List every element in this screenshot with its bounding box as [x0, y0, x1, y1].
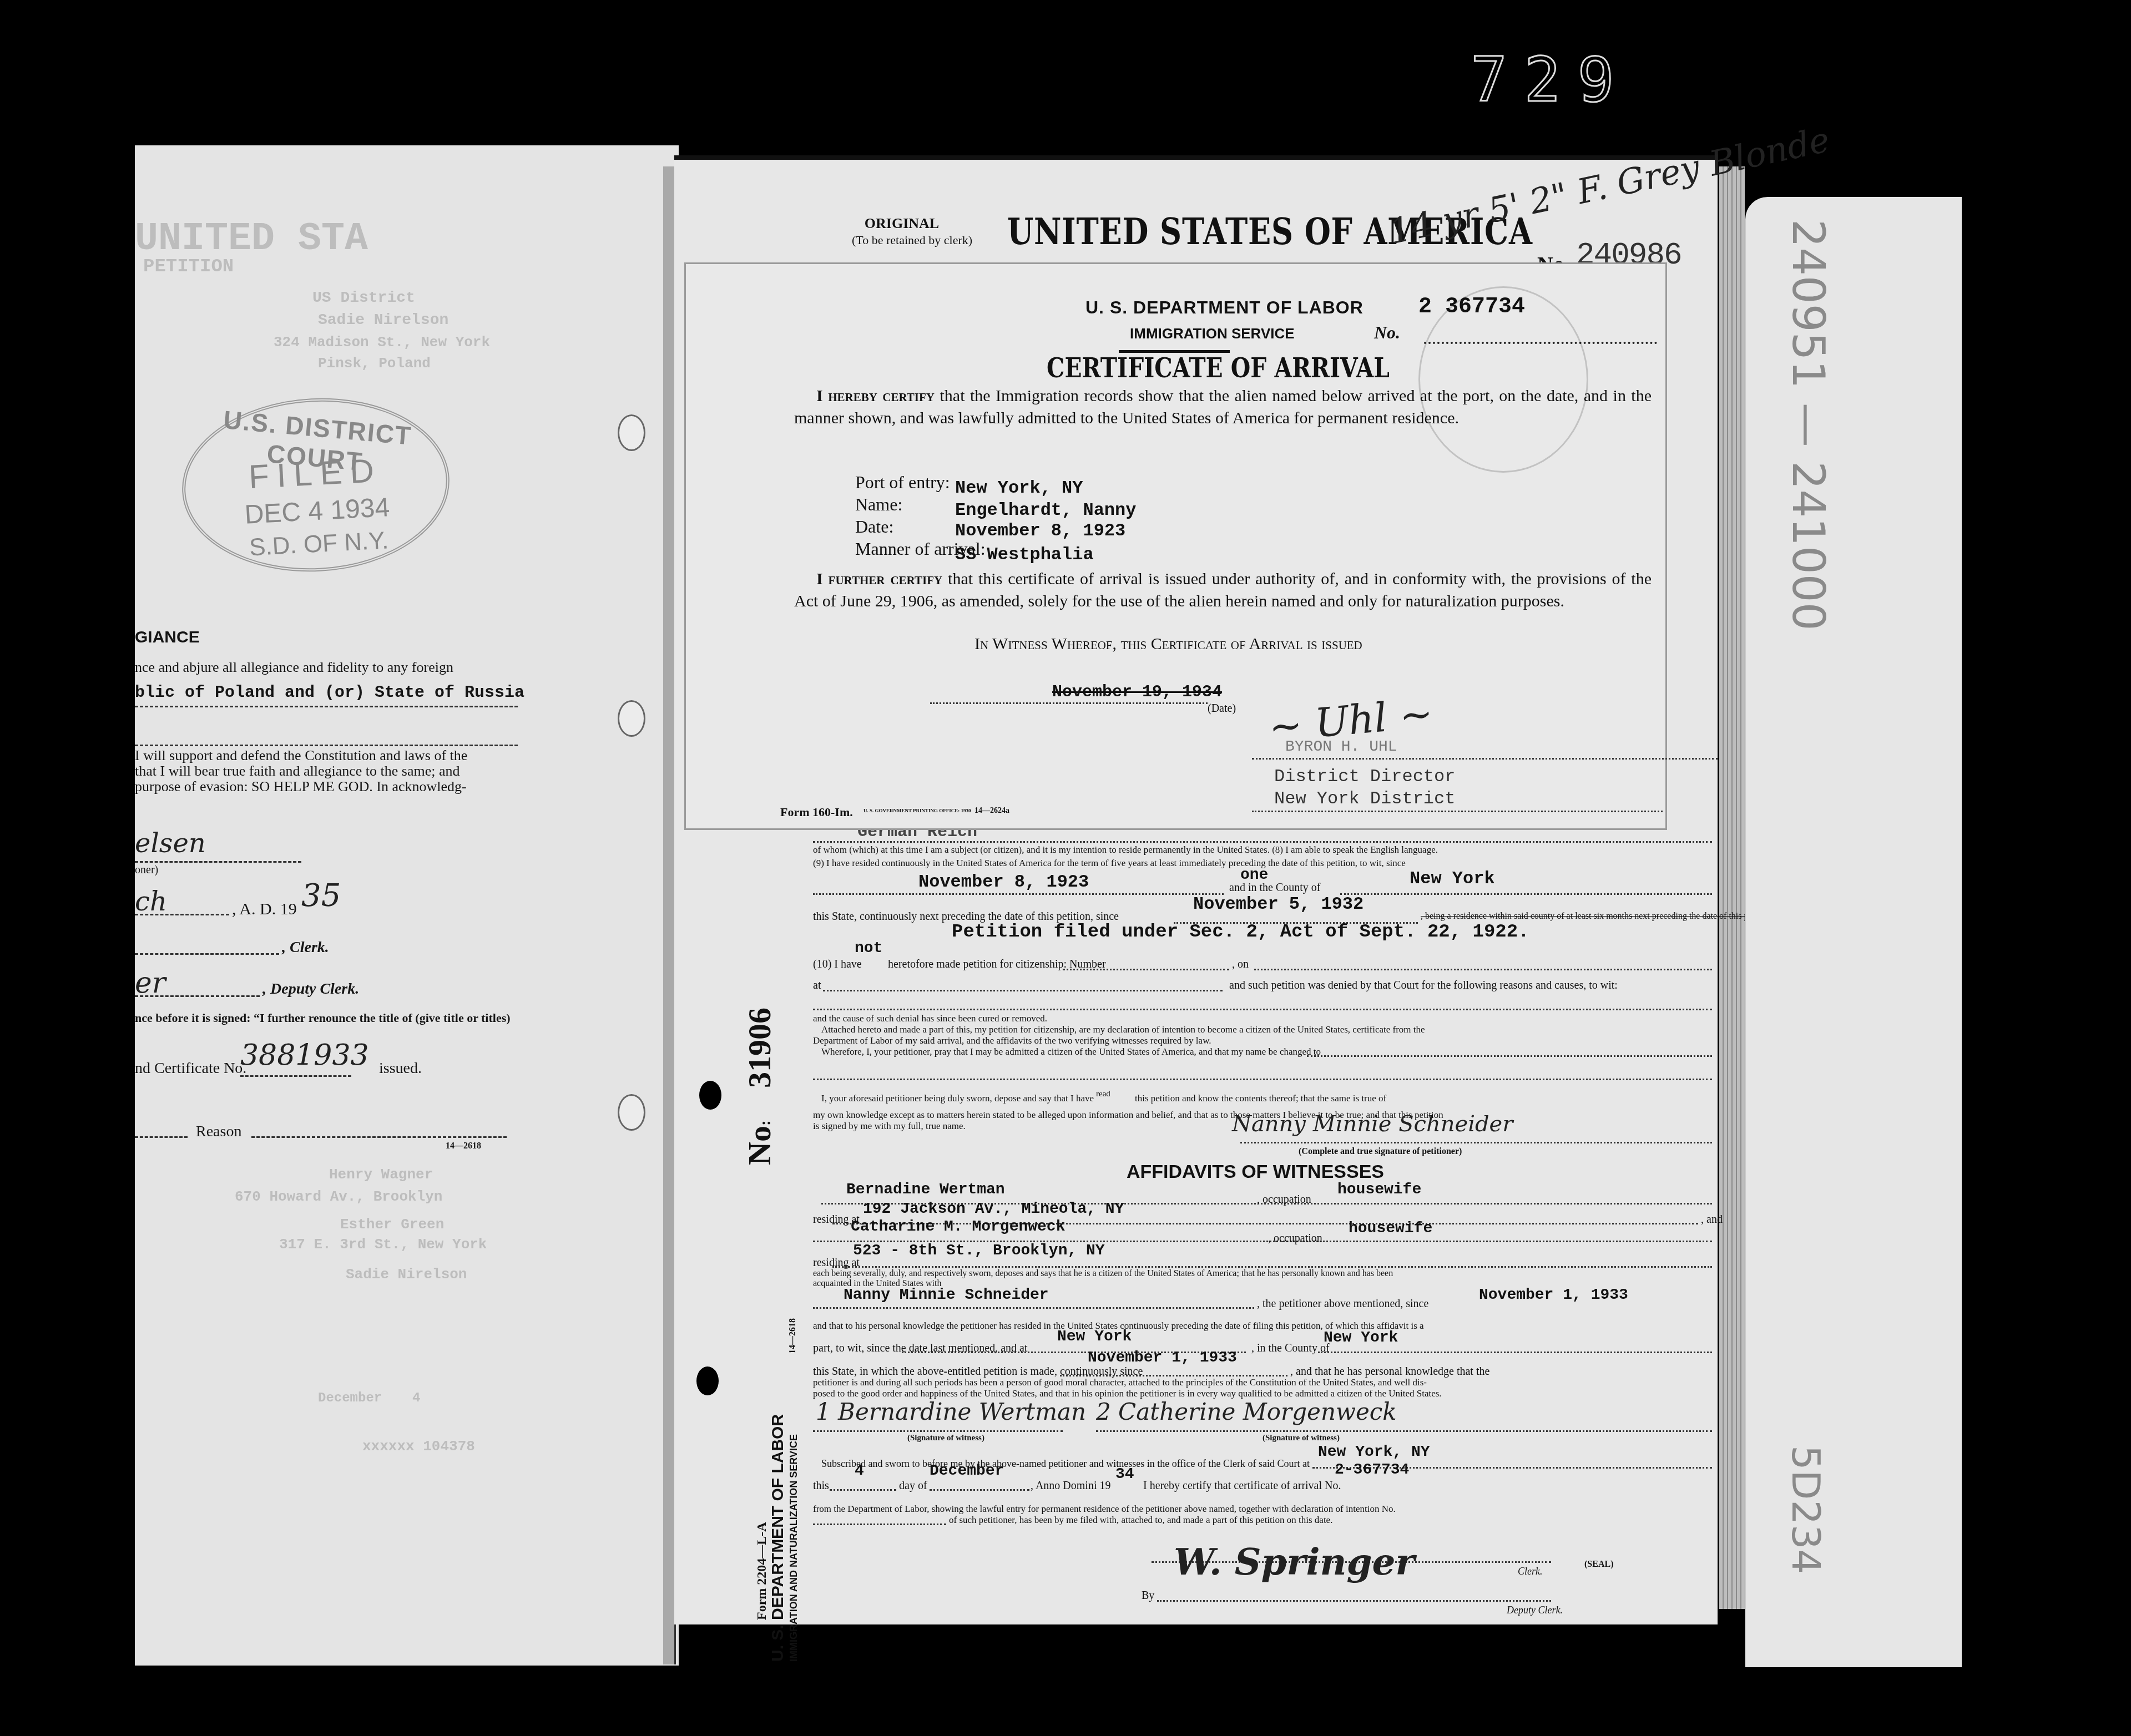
- certify-paragraph: I hereby certify that the Immigration re…: [794, 385, 1652, 429]
- further-lead: I further certify: [816, 570, 942, 588]
- rule: [813, 893, 1224, 895]
- date-field: [1254, 969, 1712, 970]
- signature-rule: [135, 861, 301, 863]
- left-petition-page: UNITED STA PETITION US District Sadie Ni…: [135, 145, 679, 1666]
- signature-line: [1240, 1142, 1712, 1143]
- ghost-witness-1: Henry Wagner: [329, 1166, 433, 1183]
- director-signature-line: [1252, 758, 1718, 760]
- retained-note: (To be retained by clerk): [852, 232, 952, 249]
- petitioner-caption: oner): [135, 864, 158, 877]
- issue-date-line: [930, 702, 1208, 704]
- rule: [930, 1489, 1029, 1491]
- clerk-rule: [135, 953, 279, 955]
- ghost-name: Sadie Nirelson: [318, 312, 448, 329]
- certificate-service: IMMIGRATION SERVICE: [1130, 325, 1295, 342]
- handwritten-box-note: 5D234: [1783, 1445, 1829, 1574]
- deputy-signature-fragment: er: [135, 966, 166, 1000]
- form-code: 14—2618: [446, 1141, 481, 1151]
- director-district: New York District: [1274, 788, 1455, 809]
- side-service: IMMIGRATION AND NATURALIZATION SERVICE: [788, 1434, 800, 1662]
- clerk-label: , Clerk.: [282, 939, 329, 956]
- petitioner-signature-fragment: elsen: [135, 828, 206, 859]
- further-certify-paragraph: I further certify that this certificate …: [794, 568, 1652, 613]
- rule: [830, 1489, 896, 1491]
- date-label: Date:: [855, 517, 893, 537]
- ghost-header-title: UNITED STA: [135, 217, 368, 261]
- renounce-line: nce before it is signed: “I further reno…: [135, 1011, 511, 1025]
- witness-1-sig-text: Bernardine Wertman: [838, 1398, 1086, 1425]
- manner-of-arrival-value: SS Westphalia: [955, 544, 1094, 565]
- petitioner-signature: Nanny Minnie Schneider: [1232, 1117, 2131, 1131]
- certificate-department: U. S. DEPARTMENT OF LABOR: [1085, 297, 1364, 318]
- ad-year-handwritten: 35: [301, 878, 341, 914]
- certificate-of-arrival: U. S. DEPARTMENT OF LABOR IMMIGRATION SE…: [684, 262, 1667, 830]
- issue-date: November 19, 1934: [1052, 683, 1222, 702]
- port-of-entry-label: Port of entry:: [855, 472, 950, 493]
- ad-label: , A. D. 19: [232, 900, 297, 919]
- certificate-number-label: No.: [1374, 322, 1400, 343]
- director-name: BYRON H. UHL: [1285, 738, 1397, 756]
- ghost-petitioner: Sadie Nirelson: [346, 1266, 467, 1283]
- part-county: New York: [1324, 1332, 2131, 1345]
- ghost-witness-1-address: 670 Howard Av., Brooklyn: [235, 1188, 442, 1205]
- original-label: ORIGINAL (To be retained by clerk): [852, 215, 952, 249]
- certificate-form-label: Form 160-Im.: [780, 805, 853, 819]
- sec2-typed: Petition filed under Sec. 2, Act of Sept…: [952, 925, 1851, 939]
- rule: [813, 1079, 1712, 1080]
- side-department: U. S. DEPARTMENT OF LABOR: [769, 1414, 787, 1662]
- witness-signature-caption: (Signature of witness): [1263, 1431, 2131, 1445]
- handwritten-range-note: 240951 — 241000: [1782, 219, 1834, 631]
- new-name-field: [1307, 1055, 1712, 1057]
- side-form: Form 2204—L-A: [755, 1522, 770, 1620]
- number-field: [1063, 969, 1229, 970]
- certificate-form-code: 14—2624a: [974, 807, 1009, 816]
- line-10-typed: not: [855, 942, 1754, 955]
- rule: [813, 841, 1712, 843]
- port-of-entry-value: New York, NY: [955, 478, 1083, 498]
- witness-1-occupation: housewife: [1337, 1183, 2131, 1197]
- reason-rule-left: [135, 1136, 188, 1138]
- filed-text: of such petitioner, has been by me filed…: [949, 1514, 1848, 1527]
- oath-rule: [135, 745, 518, 746]
- witness-1-address: 192 Jackson Av., Mineola, NY: [863, 1203, 1762, 1216]
- rule: [813, 1307, 1254, 1309]
- side-strip: No: 31906 Form 2204—L-A U. S. DEPARTMENT…: [710, 1054, 821, 1664]
- filed-stamp: U.S. DISTRICT COURT FILED DEC 4 1934 S.D…: [178, 392, 454, 579]
- witness-2-sig-number: 2: [1096, 1398, 1111, 1425]
- certificate-rule: [240, 1075, 351, 1077]
- frame-counter: 729: [1471, 44, 1631, 115]
- oath-line-1: nce and abjure all allegiance and fideli…: [135, 659, 453, 676]
- punch-hole-icon: [618, 1094, 645, 1131]
- ghost-address: 324 Madison St., New York: [274, 334, 490, 351]
- line-10-denied: and such petition was denied by that Cou…: [1229, 979, 2128, 992]
- oath-line-2: I will support and defend the Constituti…: [135, 747, 467, 764]
- rule: [813, 1009, 1712, 1010]
- witness-2-sig-text: Catherine Morgenweck: [1118, 1398, 1397, 1425]
- side-number-value: 31906: [741, 1008, 777, 1088]
- deputy-rule: [135, 995, 260, 997]
- month-fragment: ch: [135, 886, 167, 917]
- oath-heading: GIANCE: [135, 628, 200, 647]
- reason-rule: [251, 1136, 507, 1138]
- arrival-number: 2-367734: [1335, 1464, 2131, 1477]
- certify-lead: I hereby certify: [816, 387, 935, 405]
- side-no-label: No: [741, 1126, 777, 1165]
- certificate-number-line: [1424, 342, 1657, 344]
- rule: [813, 1524, 946, 1525]
- ghost-place: Pinsk, Poland: [318, 355, 431, 372]
- oath-rule: [135, 706, 518, 707]
- side-number: No: 31906: [741, 1008, 778, 1165]
- ghost-day: 4: [412, 1391, 420, 1406]
- certificate-number: 2 367734: [1418, 295, 1525, 320]
- deputy-signature-line: [1157, 1600, 1551, 1602]
- oath-line-4: purpose of evasion: SO HELP ME GOD. In a…: [135, 778, 467, 795]
- date-value: November 8, 1923: [955, 520, 1125, 541]
- month-rule: [135, 914, 229, 915]
- name-value: Engelhardt, Nanny: [955, 500, 1136, 520]
- court-field: [823, 990, 1223, 991]
- deputy-clerk-label: , Deputy Clerk.: [262, 980, 359, 998]
- printing-office: U. S. GOVERNMENT PRINTING OFFICE: 1930: [863, 808, 971, 813]
- punch-hole-icon: [618, 700, 645, 737]
- line-7-text: of whom (which) at this time I am a subj…: [813, 843, 1712, 857]
- ghost-court: US District: [312, 290, 415, 307]
- side-code: 14—2618: [788, 1318, 798, 1354]
- petitioner-signature-caption: (Complete and true signature of petition…: [1299, 1145, 2131, 1158]
- ghost-header-subtitle: PETITION: [143, 256, 234, 277]
- witness-whereof: In Witness Whereof, this Certificate of …: [974, 635, 1362, 654]
- rule: [1252, 811, 1663, 812]
- name-label: Name:: [855, 494, 902, 515]
- court-city: New York, NY: [1318, 1446, 2131, 1459]
- ghost-witness-2: Esther Green: [340, 1216, 444, 1233]
- ghost-month: December: [318, 1391, 382, 1406]
- punch-hole-icon: [618, 414, 645, 451]
- date-caption: (Date): [1208, 702, 1236, 715]
- original-text: ORIGINAL: [852, 215, 952, 232]
- reason-label: Reason: [196, 1123, 241, 1141]
- certificate-number-handwritten: 3881933: [240, 1039, 369, 1072]
- certificate-label: nd Certificate No.: [135, 1060, 246, 1077]
- director-title: District Director: [1274, 766, 1455, 787]
- right-index-card: 240951 — 241000 5D234: [1745, 197, 1962, 1667]
- ghost-witness-2-address: 317 E. 3rd St., New York: [279, 1236, 487, 1253]
- witness-2-address: 523 - 8th St., Brooklyn, NY: [853, 1244, 1752, 1258]
- certificate-title: CERTIFICATE OF ARRIVAL: [1047, 353, 1390, 384]
- oath-country-typed: blic of Poland and (or) State of Russia: [135, 684, 524, 702]
- oath-line-3: that I will bear true faith and allegian…: [135, 763, 459, 780]
- issued-label: issued.: [379, 1060, 422, 1077]
- ghost-declaration: xxxxxx 104378: [362, 1438, 475, 1455]
- rule: [1340, 893, 1712, 895]
- witness-2-occupation: housewife: [1349, 1222, 2131, 1236]
